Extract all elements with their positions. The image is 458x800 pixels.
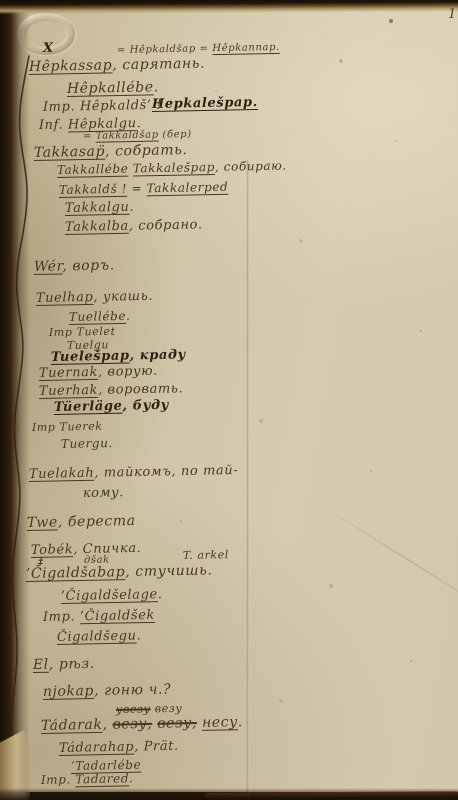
manuscript-word: Tuelakah: [29, 466, 95, 482]
manuscript-word: , сарятань.: [112, 56, 205, 74]
manuscript-word: .: [126, 309, 131, 323]
manuscript-photo: 17 X= Hêpkaldšap = Hêpkannap.Hêpkassap, …: [0, 0, 458, 800]
manuscript-word: Hêpkassap: [29, 57, 113, 75]
manuscript-word: .: [153, 79, 158, 95]
manuscript-word: .: [129, 771, 134, 785]
manuscript-word: =: [83, 131, 96, 142]
manuscript-word: Tadared: [75, 771, 129, 786]
manuscript-line: Imp Tuelet: [49, 326, 116, 338]
manuscript-word: Takkaldšap: [96, 130, 159, 142]
manuscript-word: Tobék: [31, 542, 74, 558]
manuscript-word: увезу: [116, 702, 151, 716]
manuscript-word: , собрать.: [105, 142, 188, 160]
manuscript-word: Tuergu.: [61, 436, 113, 451]
manuscript-line: увезу везу: [116, 703, 183, 715]
manuscript-word: ’Čigaldšek: [80, 608, 155, 624]
manuscript-word: , воровать.: [98, 381, 184, 398]
manuscript-word: Hepkalešpap.: [152, 95, 258, 112]
manuscript-word: , рѣз.: [49, 656, 95, 673]
manuscript-word: везу,: [157, 715, 197, 732]
manuscript-word: Čigaldšegu: [57, 628, 137, 645]
manuscript-line: Tuelakah, тайкомъ, по тай-: [29, 464, 239, 481]
manuscript-line: Hêpkassap, сарятань.: [29, 57, 205, 74]
manuscript-word: , Prät.: [134, 739, 179, 755]
manuscript-word: (бер): [159, 129, 192, 141]
manuscript-line: Tüerläge, буду: [54, 399, 169, 414]
manuscript-word: , гоню ч.?: [94, 682, 171, 699]
manuscript-line: Tuernak, ворую.: [39, 365, 158, 380]
manuscript-line: ’Čigaldšabap, стучишь.: [26, 563, 213, 581]
manuscript-line: Takkasap̈, собрать.: [34, 143, 188, 160]
manuscript-word: Wér: [34, 258, 63, 275]
manuscript-word: Hêpkallébe: [67, 79, 154, 97]
manuscript-word: Takkaldš !: [59, 182, 128, 197]
manuscript-word: Takkalgu: [65, 200, 130, 216]
manuscript-word: = Hêpkaldšap =: [117, 43, 213, 56]
manuscript-word: Tuelešpap: [51, 348, 130, 365]
manuscript-line: El, рѣз.: [33, 657, 95, 672]
manuscript-word: везу,: [112, 716, 152, 733]
table-bottom-shadow: [0, 788, 458, 800]
manuscript-word: .: [158, 587, 163, 602]
manuscript-word: Tuelhap: [36, 290, 94, 306]
manuscript-word: .: [136, 628, 141, 643]
manuscript-line: Imp. ’Čigaldšek: [43, 609, 155, 624]
manuscript-word: , тайкомъ, по тай-: [94, 463, 238, 481]
manuscript-line: X: [43, 42, 54, 55]
manuscript-word: Tádarahap: [59, 740, 135, 756]
manuscript-word: Takkasap̈: [34, 144, 106, 161]
manuscript-line: ’Čigaldšelage.: [61, 588, 163, 603]
manuscript-word: , ворую.: [98, 364, 158, 380]
manuscript-word: Imp: [32, 420, 60, 434]
manuscript-line: Takkalgu.: [65, 201, 135, 215]
manuscript-word: =: [127, 181, 147, 195]
manuscript-word: Takkalba: [65, 219, 129, 235]
manuscript-word: , собираю.: [215, 159, 287, 174]
manuscript-line: Hepkalešpap.: [152, 96, 258, 111]
manuscript-word: X: [43, 41, 54, 56]
manuscript-word: Tádarak: [41, 717, 103, 734]
manuscript-line: Tuergu.: [61, 437, 113, 450]
manuscript-word: T. arkel: [183, 548, 229, 562]
manuscript-line: Tuelhap, укашь.: [36, 290, 153, 305]
manuscript-word: несу: [202, 714, 238, 731]
manuscript-line: Tuerhak, воровать.: [39, 382, 184, 398]
manuscript-line: Tádarahap, Prät.: [59, 740, 179, 755]
manuscript-line: кому.: [83, 486, 124, 500]
manuscript-line: Imp. Hêpkaldš’ !: [43, 99, 163, 114]
manuscript-line: njokap, гоню ч.?: [43, 683, 172, 699]
manuscript-word: кому.: [83, 485, 124, 501]
manuscript-word: , краду: [129, 347, 186, 363]
manuscript-line: T. arkel: [183, 549, 229, 561]
manuscript-word: ’Čigaldšelage: [61, 587, 158, 604]
manuscript-word: , буду: [122, 398, 169, 414]
manuscript-word: Tuernak: [39, 365, 98, 381]
manuscript-word: Takkalešpap: [133, 160, 215, 176]
manuscript-line: Takkalba, собрано.: [65, 218, 203, 234]
manuscript-word: Hêpkannap.: [212, 42, 280, 54]
manuscript-word: ,: [102, 717, 112, 733]
manuscript-line: Tuelešpap, краду: [51, 348, 186, 364]
manuscript-line: Čigaldšegu.: [57, 629, 142, 644]
book-gutter-shadow: [0, 0, 30, 800]
page-number: 17: [448, 7, 458, 22]
manuscript-line: Tádarak, везу, везу, несу.: [41, 715, 243, 733]
manuscript-word: njokap: [43, 683, 94, 700]
manuscript-line: = Takkaldšap (бер): [83, 130, 192, 142]
manuscript-word: Inf.: [39, 117, 68, 133]
manuscript-word: Tuelet: [76, 325, 115, 339]
manuscript-line: Wér, воръ.: [34, 258, 115, 274]
manuscript-word: Takkallébe: [57, 162, 129, 177]
manuscript-word: Tuellébe: [69, 309, 126, 324]
manuscript-word: Imp: [49, 325, 77, 339]
manuscript-word: .: [129, 200, 134, 215]
paper-fold-crease: [246, 160, 250, 800]
manuscript-word: ’Čigaldšabap: [26, 564, 126, 582]
manuscript-word: Imp.: [43, 609, 80, 625]
manuscript-line: Hêpkallébe.: [67, 80, 159, 96]
manuscript-word: везу: [150, 702, 182, 716]
manuscript-line: Imp Tuerek: [32, 421, 103, 433]
manuscript-word: Twe: [27, 514, 58, 531]
manuscript-word: .: [136, 116, 141, 131]
manuscript-word: Imp.: [41, 772, 76, 787]
manuscript-line: ’Tadarlébe: [71, 759, 142, 772]
manuscript-word: El: [33, 657, 49, 673]
manuscript-word: , воръ.: [62, 257, 115, 274]
manuscript-line: Twe, береста: [27, 514, 136, 530]
manuscript-word: , стучишь.: [125, 562, 212, 580]
manuscript-word: , собрано.: [129, 217, 203, 233]
manuscript-word: Hêpkaldš’ !: [80, 98, 163, 115]
manuscript-word: Tuerhak: [39, 383, 98, 399]
manuscript-word: Tuerek: [59, 420, 102, 434]
manuscript-line: Imp. Tadared.: [41, 772, 134, 786]
manuscript-word: , укашь.: [93, 289, 153, 305]
manuscript-word: Takkalerped: [146, 180, 228, 196]
manuscript-word: , береста: [58, 513, 136, 530]
manuscript-word: Imp.: [43, 99, 80, 115]
manuscript-line: Tuellébe.: [69, 310, 131, 323]
manuscript-line: Takkaldš ! = Takkalerped: [59, 181, 229, 196]
manuscript-word: .: [238, 714, 243, 730]
manuscript-word: Tüerläge: [54, 399, 123, 415]
